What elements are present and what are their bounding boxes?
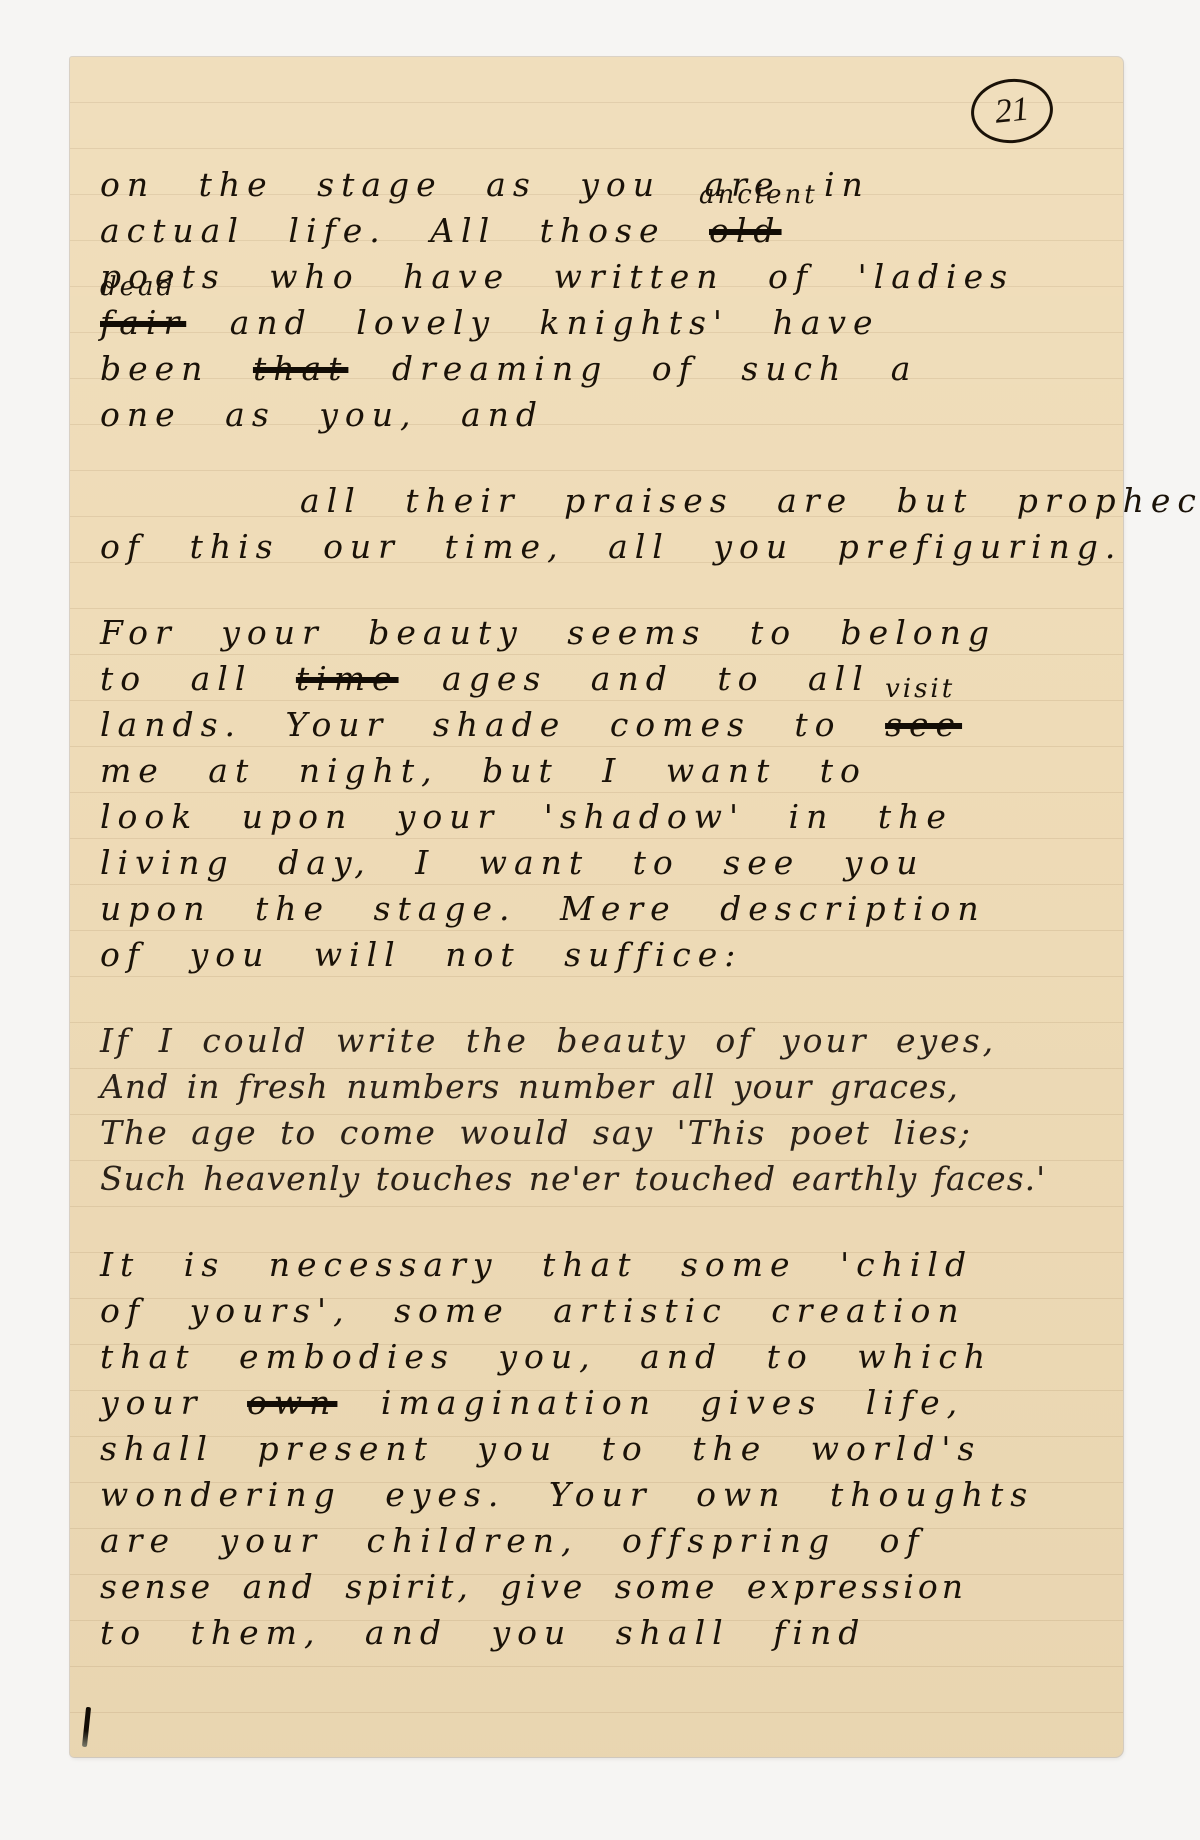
text-line: wondering eyes. Your own thoughts [100, 1472, 1083, 1518]
line-prefix: to all [100, 659, 252, 698]
struck-word: fair [100, 303, 186, 342]
line-text: me at night, but I want to [100, 751, 867, 790]
quotation-line: If I could write the beauty of your eyes… [100, 1018, 1083, 1064]
line-text: of this our time, all you prefiguring. [100, 527, 1122, 566]
ink-margin-mark [82, 1707, 91, 1747]
text-line: look upon your 'shadow' in the [100, 794, 1083, 840]
paragraph-1: on the stage as you are in actual life. … [100, 162, 1083, 1656]
text-line: dead fair and lovely knights' have [100, 300, 1083, 346]
page-number-circled: 21 [968, 75, 1056, 147]
line-prefix: been [100, 349, 209, 388]
quotation-line: Such heavenly touches ne'er touched eart… [100, 1156, 1083, 1202]
line-text: all their praises are but prophecies [300, 481, 1200, 520]
text-line: living day, I want to see you [100, 840, 1083, 886]
line-text: For your beauty seems to belong [100, 613, 996, 652]
page-number-text: 21 [993, 90, 1031, 131]
struck-word: old [709, 211, 782, 250]
line-text: of you will not suffice: [100, 935, 742, 974]
text-line: to them, and you shall find [100, 1610, 1083, 1656]
text-line: all their praises are but prophecies [100, 478, 1083, 524]
line-text: imagination gives life, [381, 1383, 964, 1422]
line-text: of yours', some artistic creation [100, 1291, 966, 1330]
line-text: And in fresh numbers number all your gra… [100, 1067, 959, 1106]
struck-word: that [253, 349, 348, 388]
line-text: are your children, offspring of [100, 1521, 926, 1560]
line-text: that embodies you, and to which [100, 1337, 992, 1376]
line-prefix: your [100, 1383, 204, 1422]
text-line: It is necessary that some 'child [100, 1242, 1083, 1288]
text-line: me at night, but I want to [100, 748, 1083, 794]
line-text: wondering eyes. Your own thoughts [100, 1475, 1034, 1514]
line-text: look upon your 'shadow' in the [100, 797, 953, 836]
struck-word: see [885, 705, 962, 744]
line-text: Such heavenly touches ne'er touched eart… [100, 1159, 1046, 1198]
text-line: of this our time, all you prefiguring. [100, 524, 1083, 570]
text-line: lands. Your shade comes to visit see [100, 702, 1083, 748]
line-text: living day, I want to see you [100, 843, 925, 882]
text-line: actual life. All those ancient old [100, 208, 1083, 254]
line-text: ages and to all [442, 659, 870, 698]
text-line: of you will not suffice: [100, 932, 1083, 978]
manuscript-page: 21 on the stage as you are in actual lif… [70, 57, 1123, 1757]
line-text: one as you, and [100, 395, 544, 434]
line-text: to them, and you shall find [100, 1613, 866, 1652]
quotation-line: And in fresh numbers number all your gra… [100, 1064, 1083, 1110]
line-text: and lovely knights' have [230, 303, 880, 342]
line-text: It is necessary that some 'child [100, 1245, 973, 1284]
line-text: sense and spirit, give some expression [100, 1567, 967, 1606]
text-line: your own imagination gives life, [100, 1380, 1083, 1426]
struck-word: time [296, 659, 399, 698]
line-text: The age to come would say 'This poet lie… [100, 1113, 972, 1152]
text-line: been that dreaming of such a [100, 346, 1083, 392]
line-text: upon the stage. Mere description [100, 889, 986, 928]
text-line: sense and spirit, give some expression [100, 1564, 1083, 1610]
line-text: If I could write the beauty of your eyes… [100, 1021, 996, 1060]
line-text: shall present you to the world's [100, 1429, 981, 1468]
struck-word: own [247, 1383, 337, 1422]
text-line: on the stage as you are in [100, 162, 1083, 208]
text-line: are your children, offspring of [100, 1518, 1083, 1564]
quotation-line: The age to come would say 'This poet lie… [100, 1110, 1083, 1156]
line-text: actual life. All those [100, 211, 666, 250]
text-line: shall present you to the world's [100, 1426, 1083, 1472]
line-text: dreaming of such a [392, 349, 917, 388]
line-text: poets who have written of 'ladies [100, 257, 1014, 296]
text-line: upon the stage. Mere description [100, 886, 1083, 932]
insertion-above: dead [100, 274, 176, 300]
text-line: that embodies you, and to which [100, 1334, 1083, 1380]
text-line: poets who have written of 'ladies [100, 254, 1083, 300]
text-line: one as you, and [100, 392, 1083, 438]
text-line: of yours', some artistic creation [100, 1288, 1083, 1334]
insertion-above: ancient [699, 182, 818, 208]
line-text: lands. Your shade comes to [100, 705, 842, 744]
text-line: For your beauty seems to belong [100, 610, 1083, 656]
insertion-above: visit [885, 676, 955, 702]
